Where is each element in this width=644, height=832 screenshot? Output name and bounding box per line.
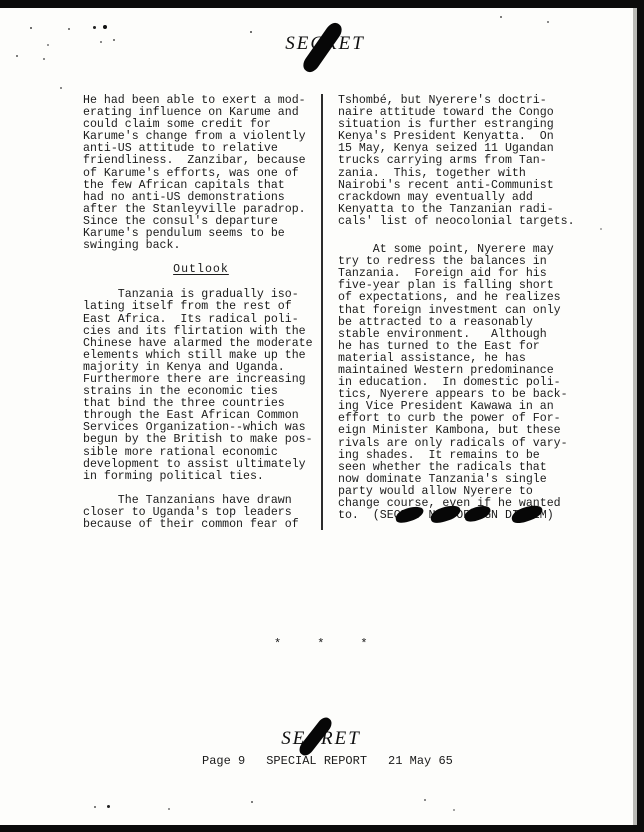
report-date: 21 May 65 [388,755,453,767]
section-heading-outlook: Outlook [83,264,319,276]
paragraph: He had been able to exert a mod- erating… [83,95,319,252]
text-column-right: Tshombé, but Nyerere's doctri- naire att… [338,95,590,538]
report-title: SPECIAL REPORT [266,755,367,767]
scan-speck [107,805,110,808]
scan-edge-bottom [0,825,644,832]
scan-speck [60,87,62,89]
document-page: SECRET He had been able to exert a mod- … [0,0,644,832]
scan-speck [168,808,170,810]
scan-speck [103,25,107,29]
paragraph: At some point, Nyerere may try to redres… [338,244,590,522]
text-column-left: He had been able to exert a mod- erating… [83,95,319,543]
scan-speck [68,28,70,30]
page-number: Page 9 [202,755,245,767]
scan-speck [30,27,32,29]
scan-speck [250,31,252,33]
scan-speck [453,809,455,811]
scan-speck [47,44,49,46]
scan-speck [93,26,96,29]
scan-speck [16,55,18,57]
paragraph: The Tanzanians have drawn closer to Ugan… [83,495,319,531]
scan-speck [424,799,426,801]
paragraph: Tshombé, but Nyerere's doctri- naire att… [338,95,590,228]
scan-speck [113,39,115,41]
asterisk-separator: * * * [274,638,368,650]
scan-speck [94,806,96,808]
scan-speck [43,58,45,60]
column-divider [321,94,323,530]
scan-speck [600,228,602,230]
scan-speck [547,21,549,23]
page-footer: Page 9 SPECIAL REPORT 21 May 65 [202,755,453,767]
paragraph: Tanzania is gradually iso- lating itself… [83,289,319,483]
scan-edge-right [637,0,644,832]
scan-speck [500,16,502,18]
scan-speck [251,801,253,803]
scan-speck [100,41,102,43]
scan-edge-top [0,0,644,8]
